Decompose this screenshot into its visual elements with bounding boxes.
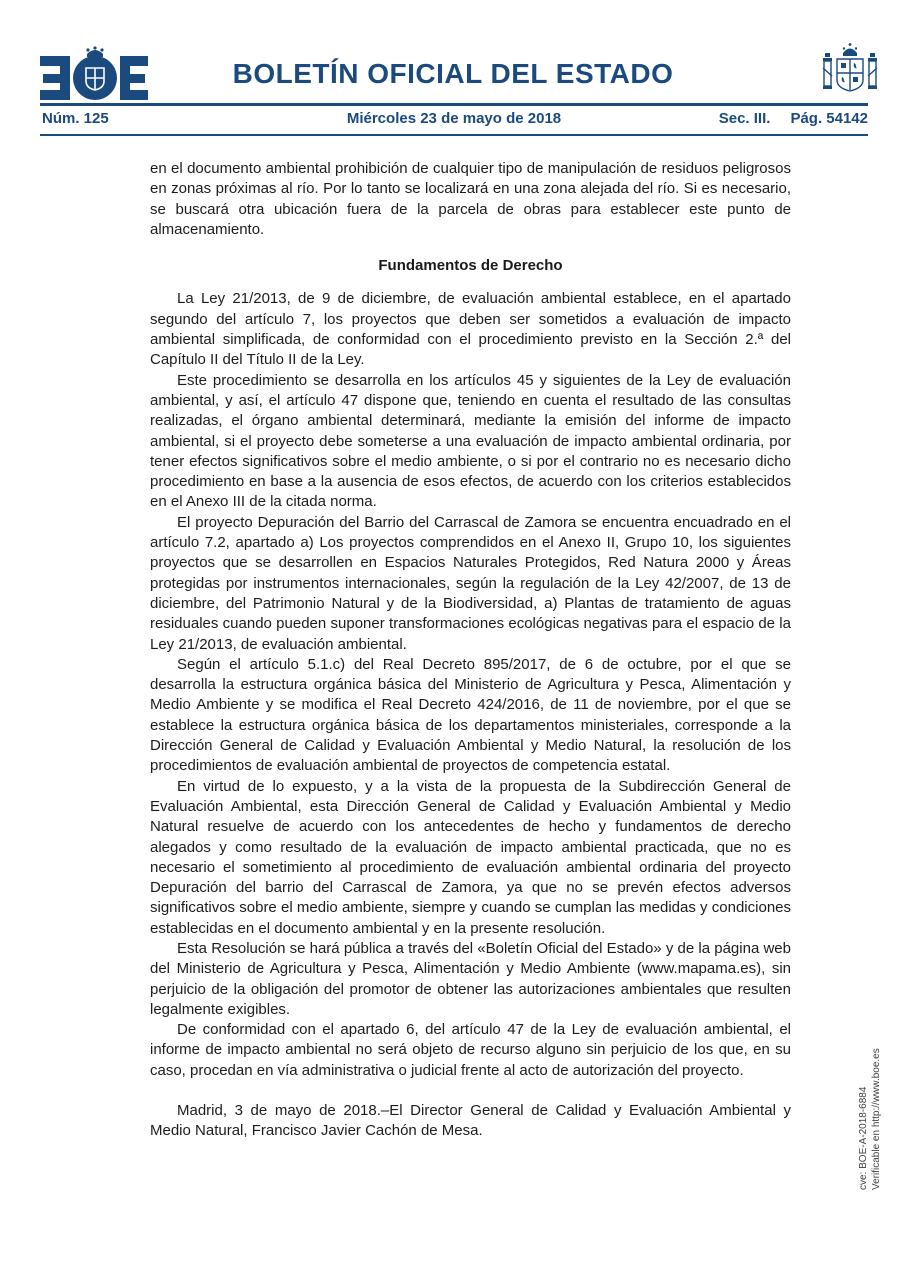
page-title: BOLETÍN OFICIAL DEL ESTADO [0,58,906,90]
section-heading: Fundamentos de Derecho [150,256,791,276]
header-rule-bottom [40,134,868,136]
paragraph: Este procedimiento se desarrolla en los … [150,371,791,513]
cve-code: cve: BOE-A-2018-6884 [857,1020,870,1190]
paragraph: El proyecto Depuración del Barrio del Ca… [150,513,791,655]
paragraph-continuation: en el documento ambiental prohibición de… [150,159,791,240]
page-number: Pág. 54142 [790,110,868,127]
paragraph: De conformidad con el apartado 6, del ar… [150,1020,791,1081]
boe-document-page: BOLETÍN OFICIAL DEL ESTADO [0,0,906,1280]
header-rule-top [40,103,868,106]
paragraph: Esta Resolución se hará pública a través… [150,939,791,1020]
verifiable-url: Verificable en http://www.boe.es [870,1020,883,1190]
signature-paragraph: Madrid, 3 de mayo de 2018.–El Director G… [150,1101,791,1142]
spain-coat-of-arms-icon [820,42,880,109]
subheader-row: Núm. 125 Miércoles 23 de mayo de 2018 Se… [40,110,868,132]
cve-vertical-text: cve: BOE-A-2018-6884 Verificable en http… [857,1020,883,1190]
document-body: en el documento ambiental prohibición de… [150,159,791,1142]
section-label: Sec. III. [719,110,771,127]
paragraph: La Ley 21/2013, de 9 de diciembre, de ev… [150,289,791,370]
paragraph: En virtud de lo expuesto, y a la vista d… [150,777,791,939]
paragraph: Según el artículo 5.1.c) del Real Decret… [150,655,791,777]
